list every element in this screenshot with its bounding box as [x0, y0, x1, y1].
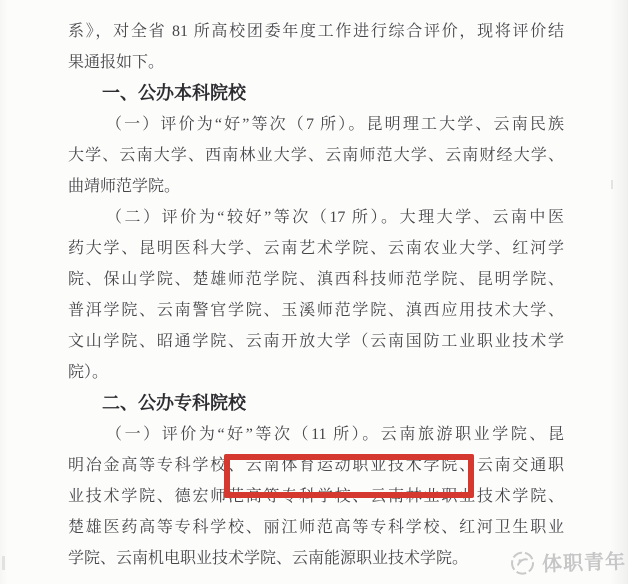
text-line: 明冶金高等专科学校、云南体育运动职业技术学院、云南交通职 [68, 450, 564, 481]
watermark-text: 体职青年 [542, 545, 627, 577]
text-line: 曲靖师范学院。 [68, 171, 564, 202]
text-line: 院、保山学院、楚雄师范学院、滇西科技师范学院、昆明学院、 [68, 264, 564, 295]
document-page: 系》，对全省 81 所高校团委年度工作进行综合评价，现将评价结果通报如下。一、公… [0, 0, 628, 584]
document-body: 系》，对全省 81 所高校团委年度工作进行综合评价，现将评价结果通报如下。一、公… [68, 16, 564, 574]
text-line: 文山学院、昭通学院、云南开放大学（云南国防工业职业技术学 [68, 326, 564, 357]
text-line: 系》，对全省 81 所高校团委年度工作进行综合评价，现将评价结 [68, 16, 564, 47]
scan-artifact [611, 180, 613, 189]
text-line: （一）评价为“好”等次（7 所）。昆明理工大学、云南民族 [68, 109, 564, 140]
section-heading: 二、公办专科院校 [68, 388, 564, 419]
watermark-logo-icon [510, 550, 536, 576]
scan-artifact [2, 556, 5, 570]
text-line: 院）。 [68, 357, 564, 388]
section-heading: 一、公办本科院校 [68, 78, 564, 109]
text-line: 大学、云南大学、西南林业大学、云南师范大学、云南财经大学、 [68, 140, 564, 171]
text-line: 楚雄医药高等专科学校、丽江师范高等专科学校、红河卫生职业 [68, 512, 564, 543]
text-line: （一）评价为“好”等次（11 所）。云南旅游职业学院、昆 [68, 419, 564, 450]
text-line: 业技术学院、德宏师范高等专科学校、云南林业职业技术学院、 [68, 481, 564, 512]
text-line: （二）评价为“较好”等次（17 所）。大理大学、云南中医 [68, 202, 564, 233]
watermark: 体职青年 [510, 545, 627, 578]
text-line: 果通报如下。 [68, 47, 564, 78]
text-line: 普洱学院、云南警官学院、玉溪师范学院、滇西应用技术大学、 [68, 295, 564, 326]
text-line: 药大学、昆明医科大学、云南艺术学院、云南农业大学、红河学 [68, 233, 564, 264]
text-line: 学院、云南机电职业技术学院、云南能源职业技术学院。 [68, 543, 564, 574]
